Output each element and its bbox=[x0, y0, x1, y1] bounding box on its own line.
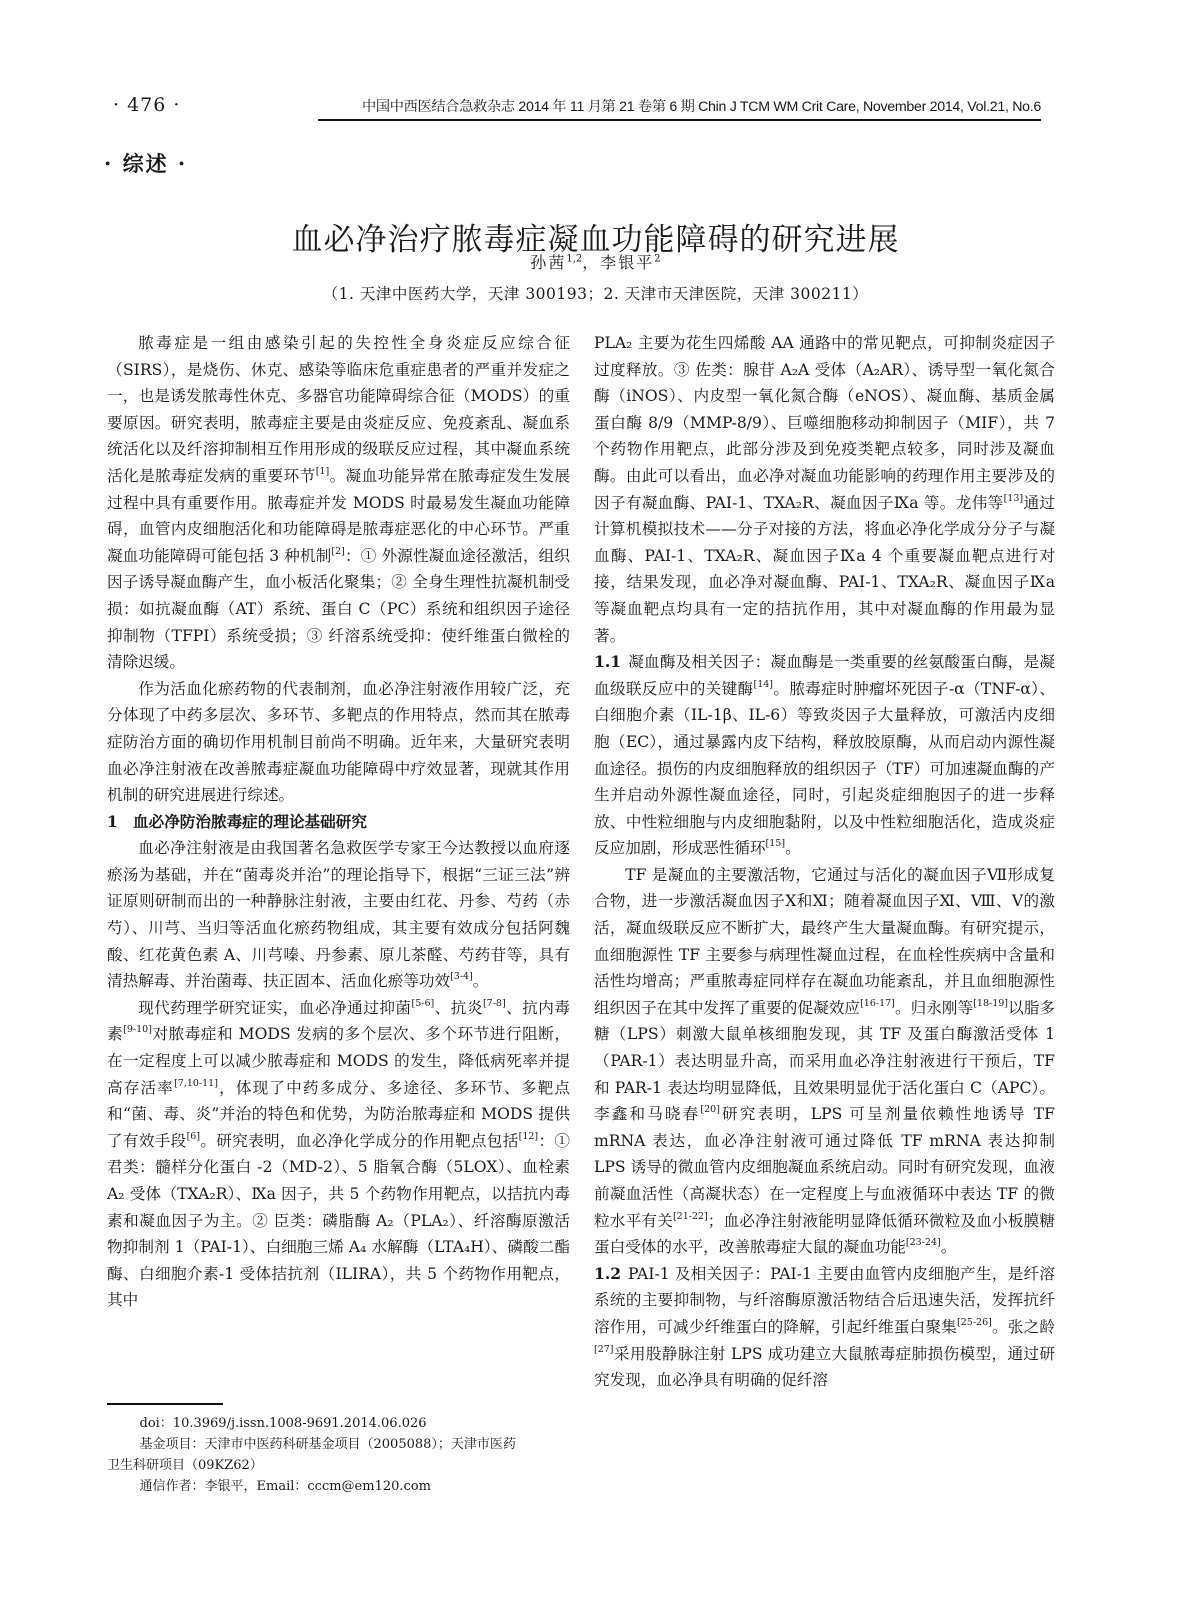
footnotes: doi：10.3969/j.issn.1008-9691.2014.06.026… bbox=[107, 1413, 570, 1497]
subsection-number: 1.2 bbox=[594, 1261, 628, 1288]
citation[interactable]: [2] bbox=[331, 546, 344, 557]
subsection-number: 1.1 bbox=[594, 649, 628, 676]
section-number: 1 bbox=[107, 809, 133, 836]
subsection-paragraph: 1.2PAI-1 及相关因子：PAI-1 主要由血管内皮细胞产生，是纤溶系统的主… bbox=[594, 1261, 1055, 1394]
text-run: ：① 外源性凝血途径激活，组织因子诱导凝血酶产生，血小板活化聚集；② 全身生理性… bbox=[107, 547, 570, 671]
subsection-paragraph: 1.1凝血酶及相关因子：凝血酶是一类重要的丝氨酸蛋白酶，是凝血级联反应中的关键酶… bbox=[594, 649, 1055, 862]
paragraph: 血必净注射液是由我国著名急救医学专家王今达教授以血府逐瘀汤为基础，并在“菌毒炎并… bbox=[107, 835, 570, 995]
citation[interactable]: [6] bbox=[187, 1131, 200, 1142]
author-separator: ， bbox=[582, 253, 600, 272]
text-run: 采用股静脉注射 LPS 成功建立大鼠脓毒症肺损伤模型，通过研究发现，血必净具有明… bbox=[594, 1345, 1055, 1390]
subsection-title: PAI-1 及相关因子 bbox=[628, 1265, 754, 1283]
paragraph: 现代药理学研究证实，血必净通过抑菌[5-6]、抗炎[7-8]、抗内毒素[9-10… bbox=[107, 995, 570, 1314]
citation[interactable]: [25-26] bbox=[957, 1317, 992, 1328]
citation[interactable]: [9-10] bbox=[123, 1024, 152, 1035]
footnote-divider bbox=[107, 1403, 223, 1405]
text-run: 。 bbox=[941, 1238, 957, 1256]
citation[interactable]: [5-6] bbox=[412, 998, 435, 1009]
body-column-right: PLA₂ 主要为花生四烯酸 AA 通路中的常见靶点，可抑制炎症因子过度释放。③ … bbox=[594, 330, 1055, 1394]
text-run: 、抗炎 bbox=[434, 999, 483, 1017]
paragraph: 作为活血化瘀药物的代表制剂，血必净注射液作用较广泛，充分体现了中药多层次、多环节… bbox=[107, 676, 570, 809]
page-number: · 476 · bbox=[113, 94, 180, 116]
text-run: ：① 君类：髓样分化蛋白 -2（MD-2）、5 脂氧合酶（5LOX）、血栓素 A… bbox=[107, 1132, 570, 1310]
text-run: 。研究表明，血必净化学成分的作用靶点包括 bbox=[200, 1132, 519, 1150]
section-heading: 1血必净防治脓毒症的理论基础研究 bbox=[107, 809, 570, 836]
citation[interactable]: [21-22] bbox=[673, 1211, 708, 1222]
text-run: 脓毒症是一组由感染引起的失控性全身炎症反应综合征（SIRS），是烧伤、休克、感染… bbox=[107, 334, 570, 485]
text-run: 。归永刚等 bbox=[895, 999, 973, 1017]
corresponding-author: 通信作者：李银平，Email：cccm@em120.com bbox=[107, 1476, 570, 1497]
text-run: TF 是凝血的主要激活物，它通过与活化的凝血因子Ⅶ形成复合物，进一步激活凝血因子… bbox=[594, 866, 1055, 1017]
author-name: 李银平 bbox=[600, 253, 654, 272]
citation[interactable]: [16-17] bbox=[860, 998, 895, 1009]
funding: 基金项目：天津市中医药科研基金项目（2005088）；天津市医药 bbox=[107, 1434, 570, 1455]
text-run: 血必净注射液是由我国著名急救医学专家王今达教授以血府逐瘀汤为基础，并在“菌毒炎并… bbox=[107, 839, 570, 990]
paragraph: TF 是凝血的主要激活物，它通过与活化的凝血因子Ⅶ形成复合物，进一步激活凝血因子… bbox=[594, 862, 1055, 1261]
paragraph: PLA₂ 主要为花生四烯酸 AA 通路中的常见靶点，可抑制炎症因子过度释放。③ … bbox=[594, 330, 1055, 649]
paragraph: 脓毒症是一组由感染引起的失控性全身炎症反应综合征（SIRS），是烧伤、休克、感染… bbox=[107, 330, 570, 676]
citation[interactable]: [23-24] bbox=[906, 1237, 941, 1248]
citation[interactable]: [3-4] bbox=[450, 971, 473, 982]
column-label: · 综述 · bbox=[104, 148, 187, 178]
citation[interactable]: [15] bbox=[766, 838, 786, 849]
running-head: 中国中西医结合急救杂志 2014 年 11 月第 21 卷第 6 期 Chin … bbox=[318, 96, 1041, 121]
citation[interactable]: [7,10-11] bbox=[174, 1078, 218, 1089]
doi[interactable]: doi：10.3969/j.issn.1008-9691.2014.06.026 bbox=[107, 1413, 570, 1434]
citation[interactable]: [20] bbox=[700, 1104, 720, 1115]
author-affiliation-mark: 1,2 bbox=[566, 254, 582, 265]
funding-continued: 卫生科研项目（09KZ62） bbox=[107, 1455, 570, 1476]
subsection-heading: 1.2PAI-1 及相关因子 bbox=[594, 1264, 754, 1283]
citation[interactable]: [13] bbox=[1004, 493, 1024, 504]
text-run: 。张之龄 bbox=[992, 1318, 1055, 1336]
citation[interactable]: [18-19] bbox=[973, 998, 1008, 1009]
author-list: 孙茜1,2，李银平2 bbox=[0, 250, 1191, 273]
text-run: PLA₂ 主要为花生四烯酸 AA 通路中的常见靶点，可抑制炎症因子过度释放。③ … bbox=[594, 334, 1055, 512]
text-run: 。 bbox=[785, 839, 801, 857]
section-title: 血必净防治脓毒症的理论基础研究 bbox=[133, 812, 367, 831]
author-name: 孙茜 bbox=[530, 253, 566, 272]
text-run: 。脓毒症时肿瘤坏死因子-α（TNF-α）、白细胞介素（IL-1β、IL-6）等致… bbox=[594, 680, 1055, 858]
citation[interactable]: [7-8] bbox=[483, 998, 506, 1009]
text-run: 通过计算机模拟技术——分子对接的方法，将血必净化学成分分子与凝血酶、PAI-1、… bbox=[594, 494, 1055, 645]
text-run: 现代药理学研究证实，血必净通过抑菌 bbox=[138, 999, 411, 1017]
author-affiliation-mark: 2 bbox=[654, 254, 660, 265]
citation[interactable]: [12] bbox=[519, 1131, 539, 1142]
affiliations: （1. 天津中医药大学，天津 300193；2. 天津市天津医院，天津 3002… bbox=[0, 282, 1191, 304]
subsection-title: 凝血酶及相关因子 bbox=[628, 653, 755, 671]
subsection-heading: 1.1凝血酶及相关因子 bbox=[594, 652, 755, 671]
citation[interactable]: [1] bbox=[316, 466, 329, 477]
body-column-left: 脓毒症是一组由感染引起的失控性全身炎症反应综合征（SIRS），是烧伤、休克、感染… bbox=[107, 330, 570, 1314]
text-run: 。 bbox=[473, 972, 489, 990]
citation[interactable]: [27] bbox=[594, 1344, 614, 1355]
citation[interactable]: [14] bbox=[754, 679, 774, 690]
